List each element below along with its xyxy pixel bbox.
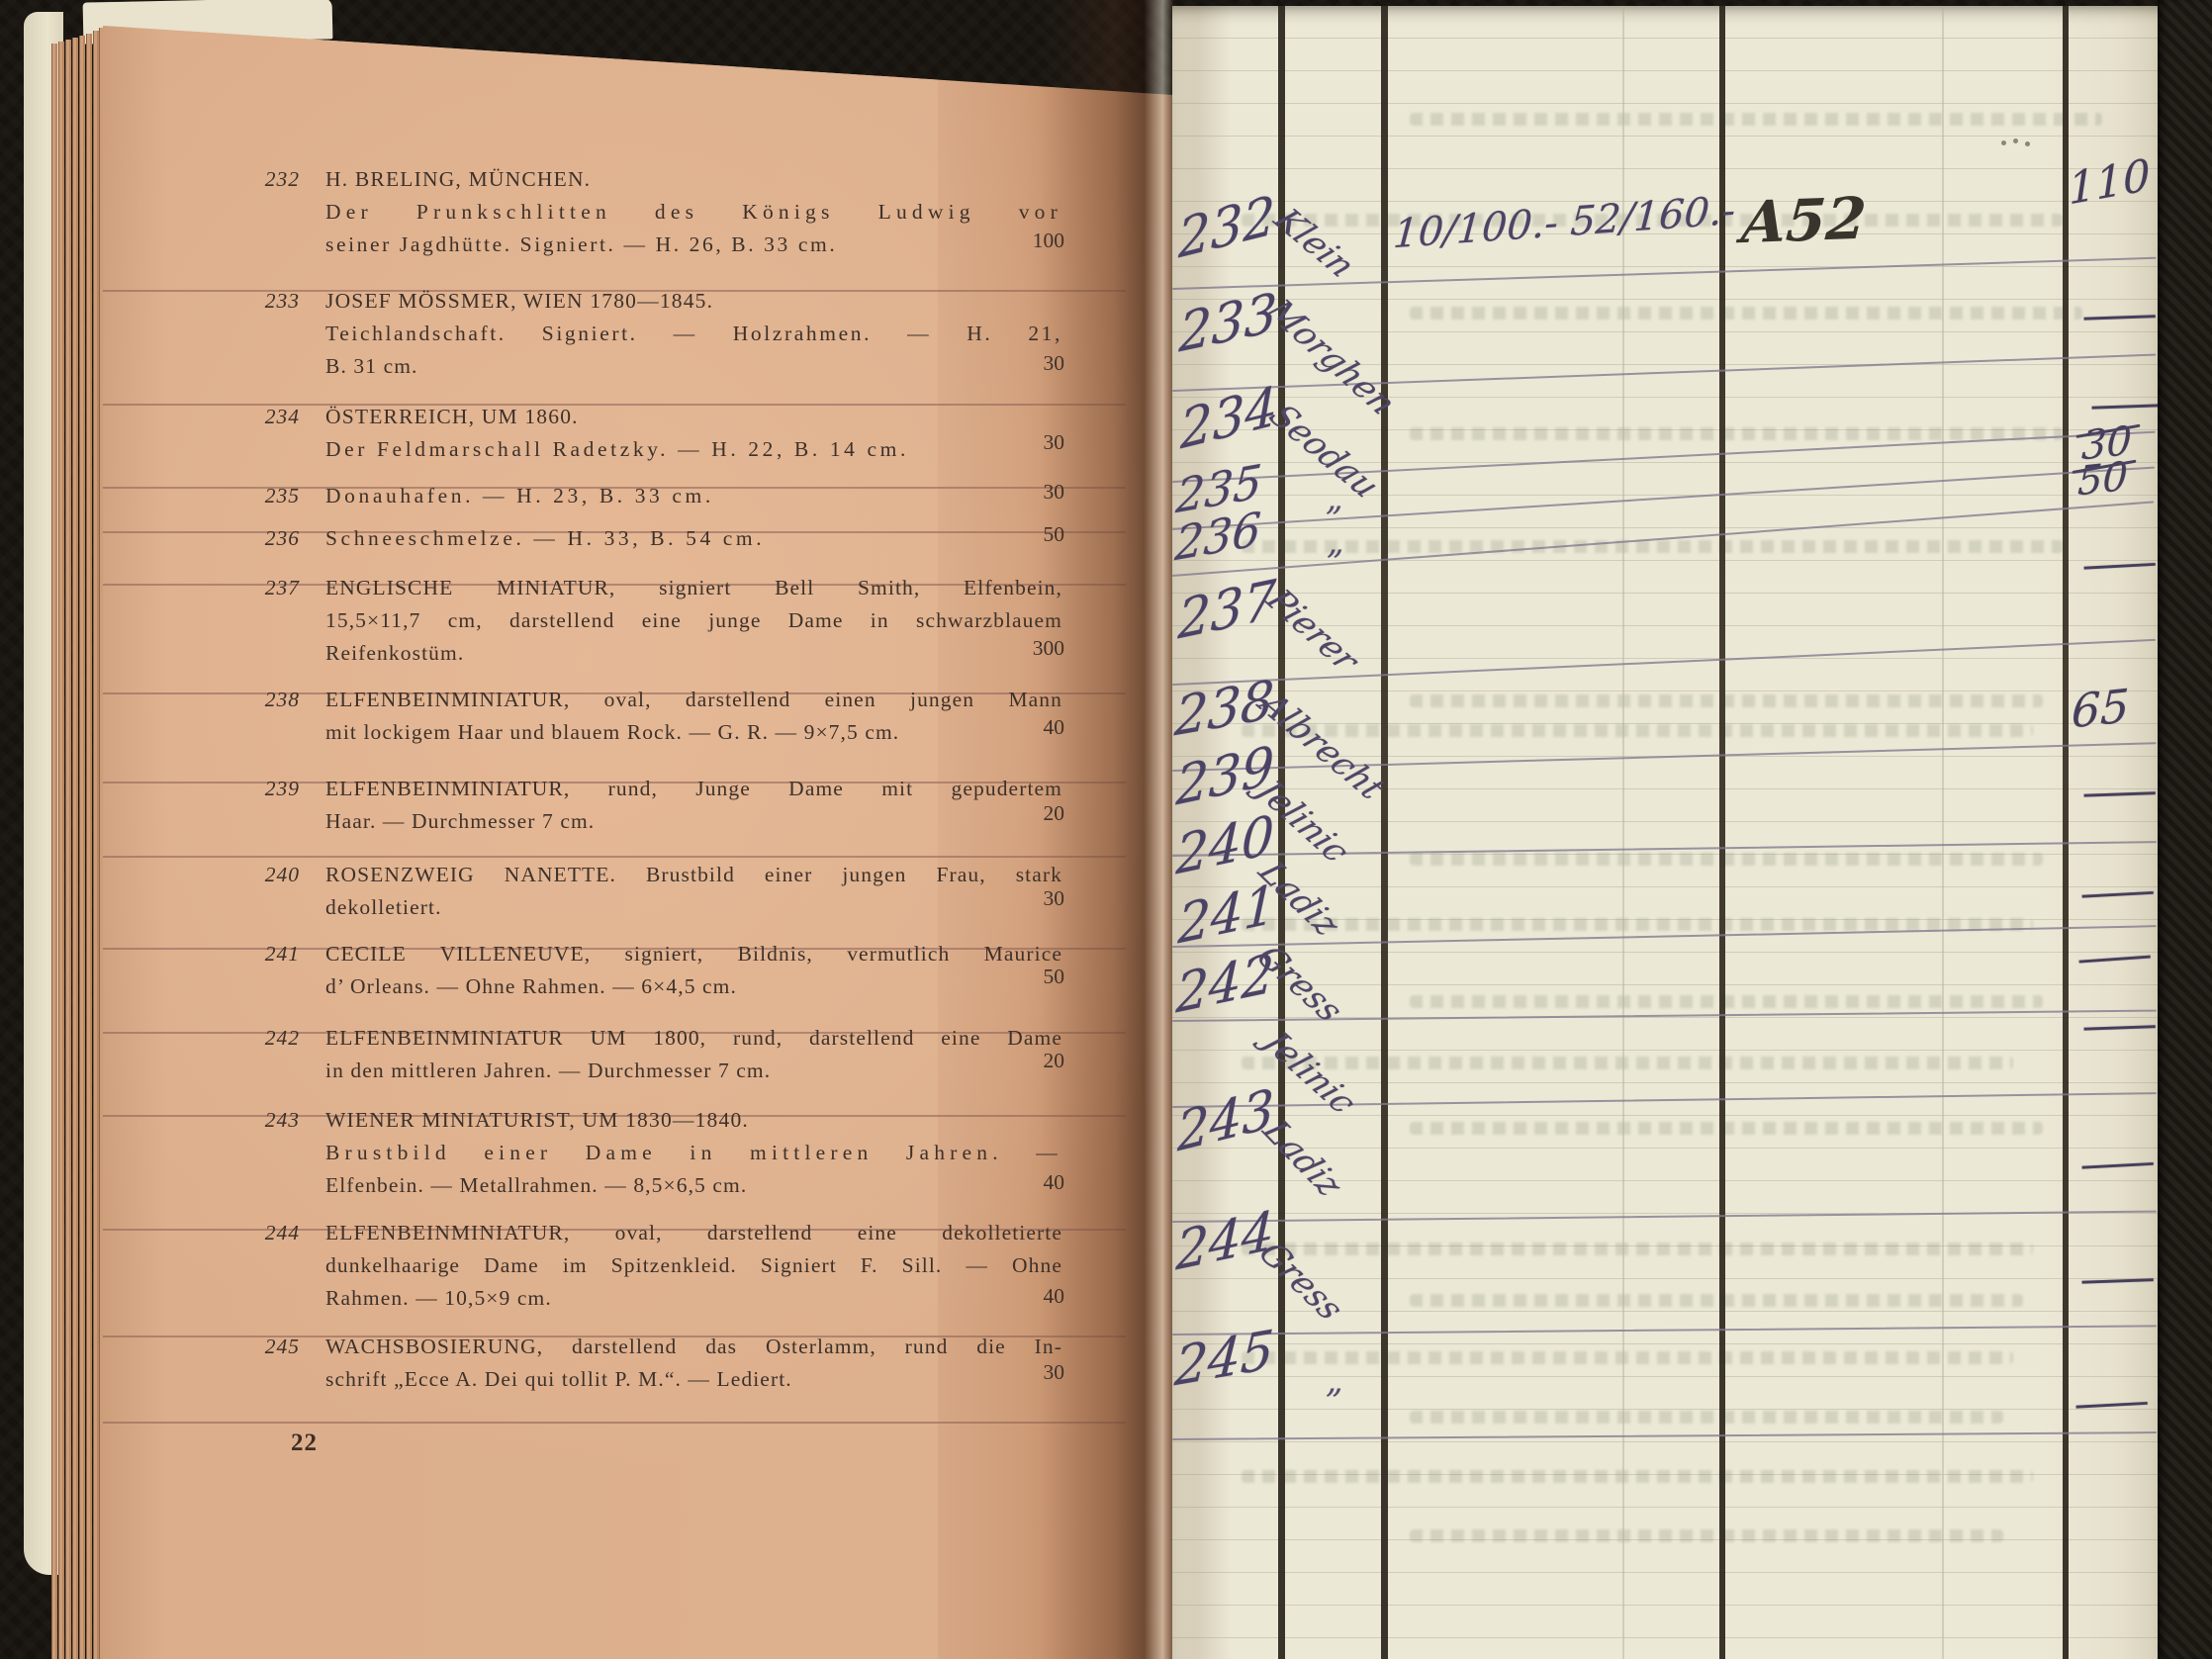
ditto-mark: „ [1326,479,1343,518]
backing-page-edge [24,12,63,1575]
row-line [1172,467,2155,530]
bleedthrough-ghost [1410,1529,2003,1542]
result-value: 110 [2068,149,2152,215]
catalog-lot-233: 233 JOSEF MÖSSMER, WIEN 1780—1845. Teich… [325,285,1062,383]
lot-text-line: WACHSBOSIERUNG, darstellend das Osterlam… [325,1331,1062,1363]
bleedthrough-ghost [1242,724,2033,737]
buyer-name: Ladiz [1253,1114,1351,1203]
lot-number: 234 [244,401,300,433]
book-binding-cloth [2158,0,2212,1659]
lot-number: 232 [244,163,300,196]
lot-text-line: seiner Jagdhütte. Signiert. — H. 26, B. … [325,229,1062,261]
lot-number: 245 [244,1331,300,1363]
bleedthrough-ghost [1242,1351,2013,1364]
ledger-lot-number: 243 [1177,1078,1274,1164]
lot-text-line: mit lockigem Haar und blauem Rock. — G. … [325,716,1062,749]
result-dash: — [2077,1136,2159,1190]
catalog-lot-232: 232 H. BRELING, MÜNCHEN. Der Prunkschlit… [325,163,1062,261]
bleedthrough-ghost [1410,1122,2043,1135]
row-line [1172,501,2154,577]
lot-number: 241 [244,938,300,970]
catalog-lot-243: 243 WIENER MINIATURIST, UM 1830—1840. Br… [325,1104,1062,1202]
bleedthrough-ghost [1410,995,2043,1008]
lot-text-line: dunkelhaarige Dame im Spitzenkleid. Sign… [325,1249,1062,1282]
lot-text-line: ENGLISCHE MINIATUR, signiert Bell Smith,… [325,572,1062,604]
bleedthrough-ghost [1242,918,2033,931]
ledger-page: 232 233 234 235 236 237 238 239 240 241 … [1172,6,2158,1659]
page-edge [72,38,78,1659]
lot-number: 235 [244,480,300,512]
lot-number: 233 [244,285,300,318]
book-scan: 232 H. BRELING, MÜNCHEN. Der Prunkschlit… [0,0,2212,1659]
lot-number: 238 [244,684,300,716]
bleedthrough-ghost [1410,1294,2023,1307]
catalog-lot-242: 242 ELFENBEINMINIATUR UM 1800, rund, dar… [325,1022,1062,1087]
lot-text-line: Brustbild einer Dame in mittleren Jahren… [325,1137,1062,1169]
bleedthrough-ghost [1242,1470,2033,1483]
catalog-lot-234: 234 ÖSTERREICH, UM 1860. Der Feldmarscha… [325,401,1062,466]
lot-number: 243 [244,1104,300,1137]
catalog-lot-237: 237 ENGLISCHE MINIATUR, signiert Bell Sm… [325,572,1062,670]
result-dash: — [2074,929,2156,984]
faint-column-line [1942,6,1944,1659]
page-number: 22 [291,1429,318,1457]
result-dash: — [2079,288,2160,341]
catalog-lot-240: 240 ROSENZWEIG NANETTE. Brustbild einer … [325,859,1062,924]
result-dash: — [2079,998,2160,1052]
lot-text-line: ROSENZWEIG NANETTE. Brustbild einer jung… [325,859,1062,891]
ditto-mark: „ [1326,1361,1343,1401]
lot-text-line: ELFENBEINMINIATUR UM 1800, rund, darstel… [325,1022,1062,1055]
lot-text-line: schrift „Ecce A. Dei qui tollit P. M.“. … [325,1363,1062,1396]
lot-text-line: CECILE VILLENEUVE, signiert, Bildnis, ve… [325,938,1062,970]
lot-text-line: Teichlandschaft. Signiert. — Holzrahmen.… [325,318,1062,350]
lot-number: 240 [244,859,300,891]
lot-number: 237 [244,572,300,604]
page-edge [79,36,85,1659]
bleedthrough-ghost [1242,1243,2033,1255]
result-dash: — [2072,1375,2153,1429]
result-dash: — [2077,865,2159,919]
result-dash: — [2079,765,2160,818]
lot-text-line: Der Prunkschlitten des Königs Ludwig vor [325,196,1062,229]
lot-text-line: Der Feldmarschall Radetzky. — H. 22, B. … [325,433,1062,466]
rule-line [97,1422,1126,1424]
result-dash: — [2077,1251,2158,1305]
lot-text-line: ELFENBEINMINIATUR, oval, darstellend ein… [325,1217,1062,1249]
lot-text-line: d’ Orleans. — Ohne Rahmen. — 6×4,5 cm. [325,970,1062,1003]
bleedthrough-ghost [1410,694,2043,707]
result-value: 65 [2071,679,2130,739]
lot-number: 236 [244,522,300,555]
result-value: 50 [2076,454,2128,506]
page-edge [86,34,92,1659]
lot-text-line: B. 31 cm. [325,350,1062,383]
lot-heading: WIENER MINIATURIST, UM 1830—1840. [325,1104,1062,1137]
page-edge [58,42,64,1659]
bleedthrough-ghost [1242,1057,2013,1069]
catalog-page: 232 H. BRELING, MÜNCHEN. Der Prunkschlit… [103,0,1173,1659]
rule-line [97,856,1126,858]
lot-text-line: in den mittleren Jahren. — Durchmesser 7… [325,1055,1062,1087]
catalog-lot-245: 245 WACHSBOSIERUNG, darstellend das Oste… [325,1331,1062,1396]
lot-heading: JOSEF MÖSSMER, WIEN 1780—1845. [325,285,1062,318]
pencil-dots [2001,140,2006,145]
column-line [1381,6,1388,1659]
lot-number: 244 [244,1217,300,1249]
lot-text-line: Donauhafen. — H. 23, B. 33 cm. [325,480,1062,512]
lot-heading: ÖSTERREICH, UM 1860. [325,401,1062,433]
ledger-lot-number: 244 [1175,1200,1275,1283]
catalog-lot-236: 236 Schneeschmelze. — H. 33, B. 54 cm. [325,522,1062,555]
lot-text-line: ELFENBEINMINIATUR, oval, darstellend ein… [325,684,1062,716]
bleedthrough-ghost [1242,540,2063,553]
lot-text-line: Rahmen. — 10,5×9 cm. [325,1282,1062,1315]
lot-mark: A52 [1739,185,1868,257]
row-line [1172,1211,2157,1223]
row-line [1172,1431,2157,1440]
ditto-mark: „ [1327,522,1344,562]
result-dash: — [2079,536,2161,591]
catalog-lot-244: 244 ELFENBEINMINIATUR, oval, darstellend… [325,1217,1062,1315]
bleedthrough-ghost [1410,853,2043,866]
column-line [2063,6,2069,1659]
catalog-lot-238: 238 ELFENBEINMINIATUR, oval, darstellend… [325,684,1062,749]
lot-text-line: Reifenkostüm. [325,637,1062,670]
book-gutter [1041,0,1173,1659]
ledger-lot-number: 245 [1173,1319,1276,1398]
bleedthrough-ghost [1410,427,2063,440]
lot-number: 239 [244,773,300,805]
lot-number: 242 [244,1022,300,1055]
bleedthrough-ghost [1410,113,2102,126]
catalog-lot-241: 241 CECILE VILLENEUVE, signiert, Bildnis… [325,938,1062,1003]
page-edge [65,40,71,1659]
catalog-lot-239: 239 ELFENBEINMINIATUR, rund, Junge Dame … [325,773,1062,838]
lot-text-line: dekolletiert. [325,891,1062,924]
catalog-lot-235: 235 Donauhafen. — H. 23, B. 33 cm. [325,480,1062,512]
bleedthrough-ghost [1410,1411,2003,1424]
bid-note: 10/100.- 52/160.- [1392,188,1737,258]
lot-text-line: 15,5×11,7 cm, darstellend eine junge Dam… [325,604,1062,637]
column-line [1278,6,1285,1659]
bleedthrough-ghost [1410,307,2082,320]
lot-text-line: ELFENBEINMINIATUR, rund, Junge Dame mit … [325,773,1062,805]
lot-text-line: Elfenbein. — Metallrahmen. — 8,5×6,5 cm. [325,1169,1062,1202]
faint-column-line [1622,6,1624,1659]
column-line [1719,6,1725,1659]
ledger-lot-number: 232 [1178,185,1275,271]
lot-text-line: Haar. — Durchmesser 7 cm. [325,805,1062,838]
lot-text-line: Schneeschmelze. — H. 33, B. 54 cm. [325,522,1062,555]
lot-heading: H. BRELING, MÜNCHEN. [325,163,1062,196]
page-edge [51,44,57,1659]
